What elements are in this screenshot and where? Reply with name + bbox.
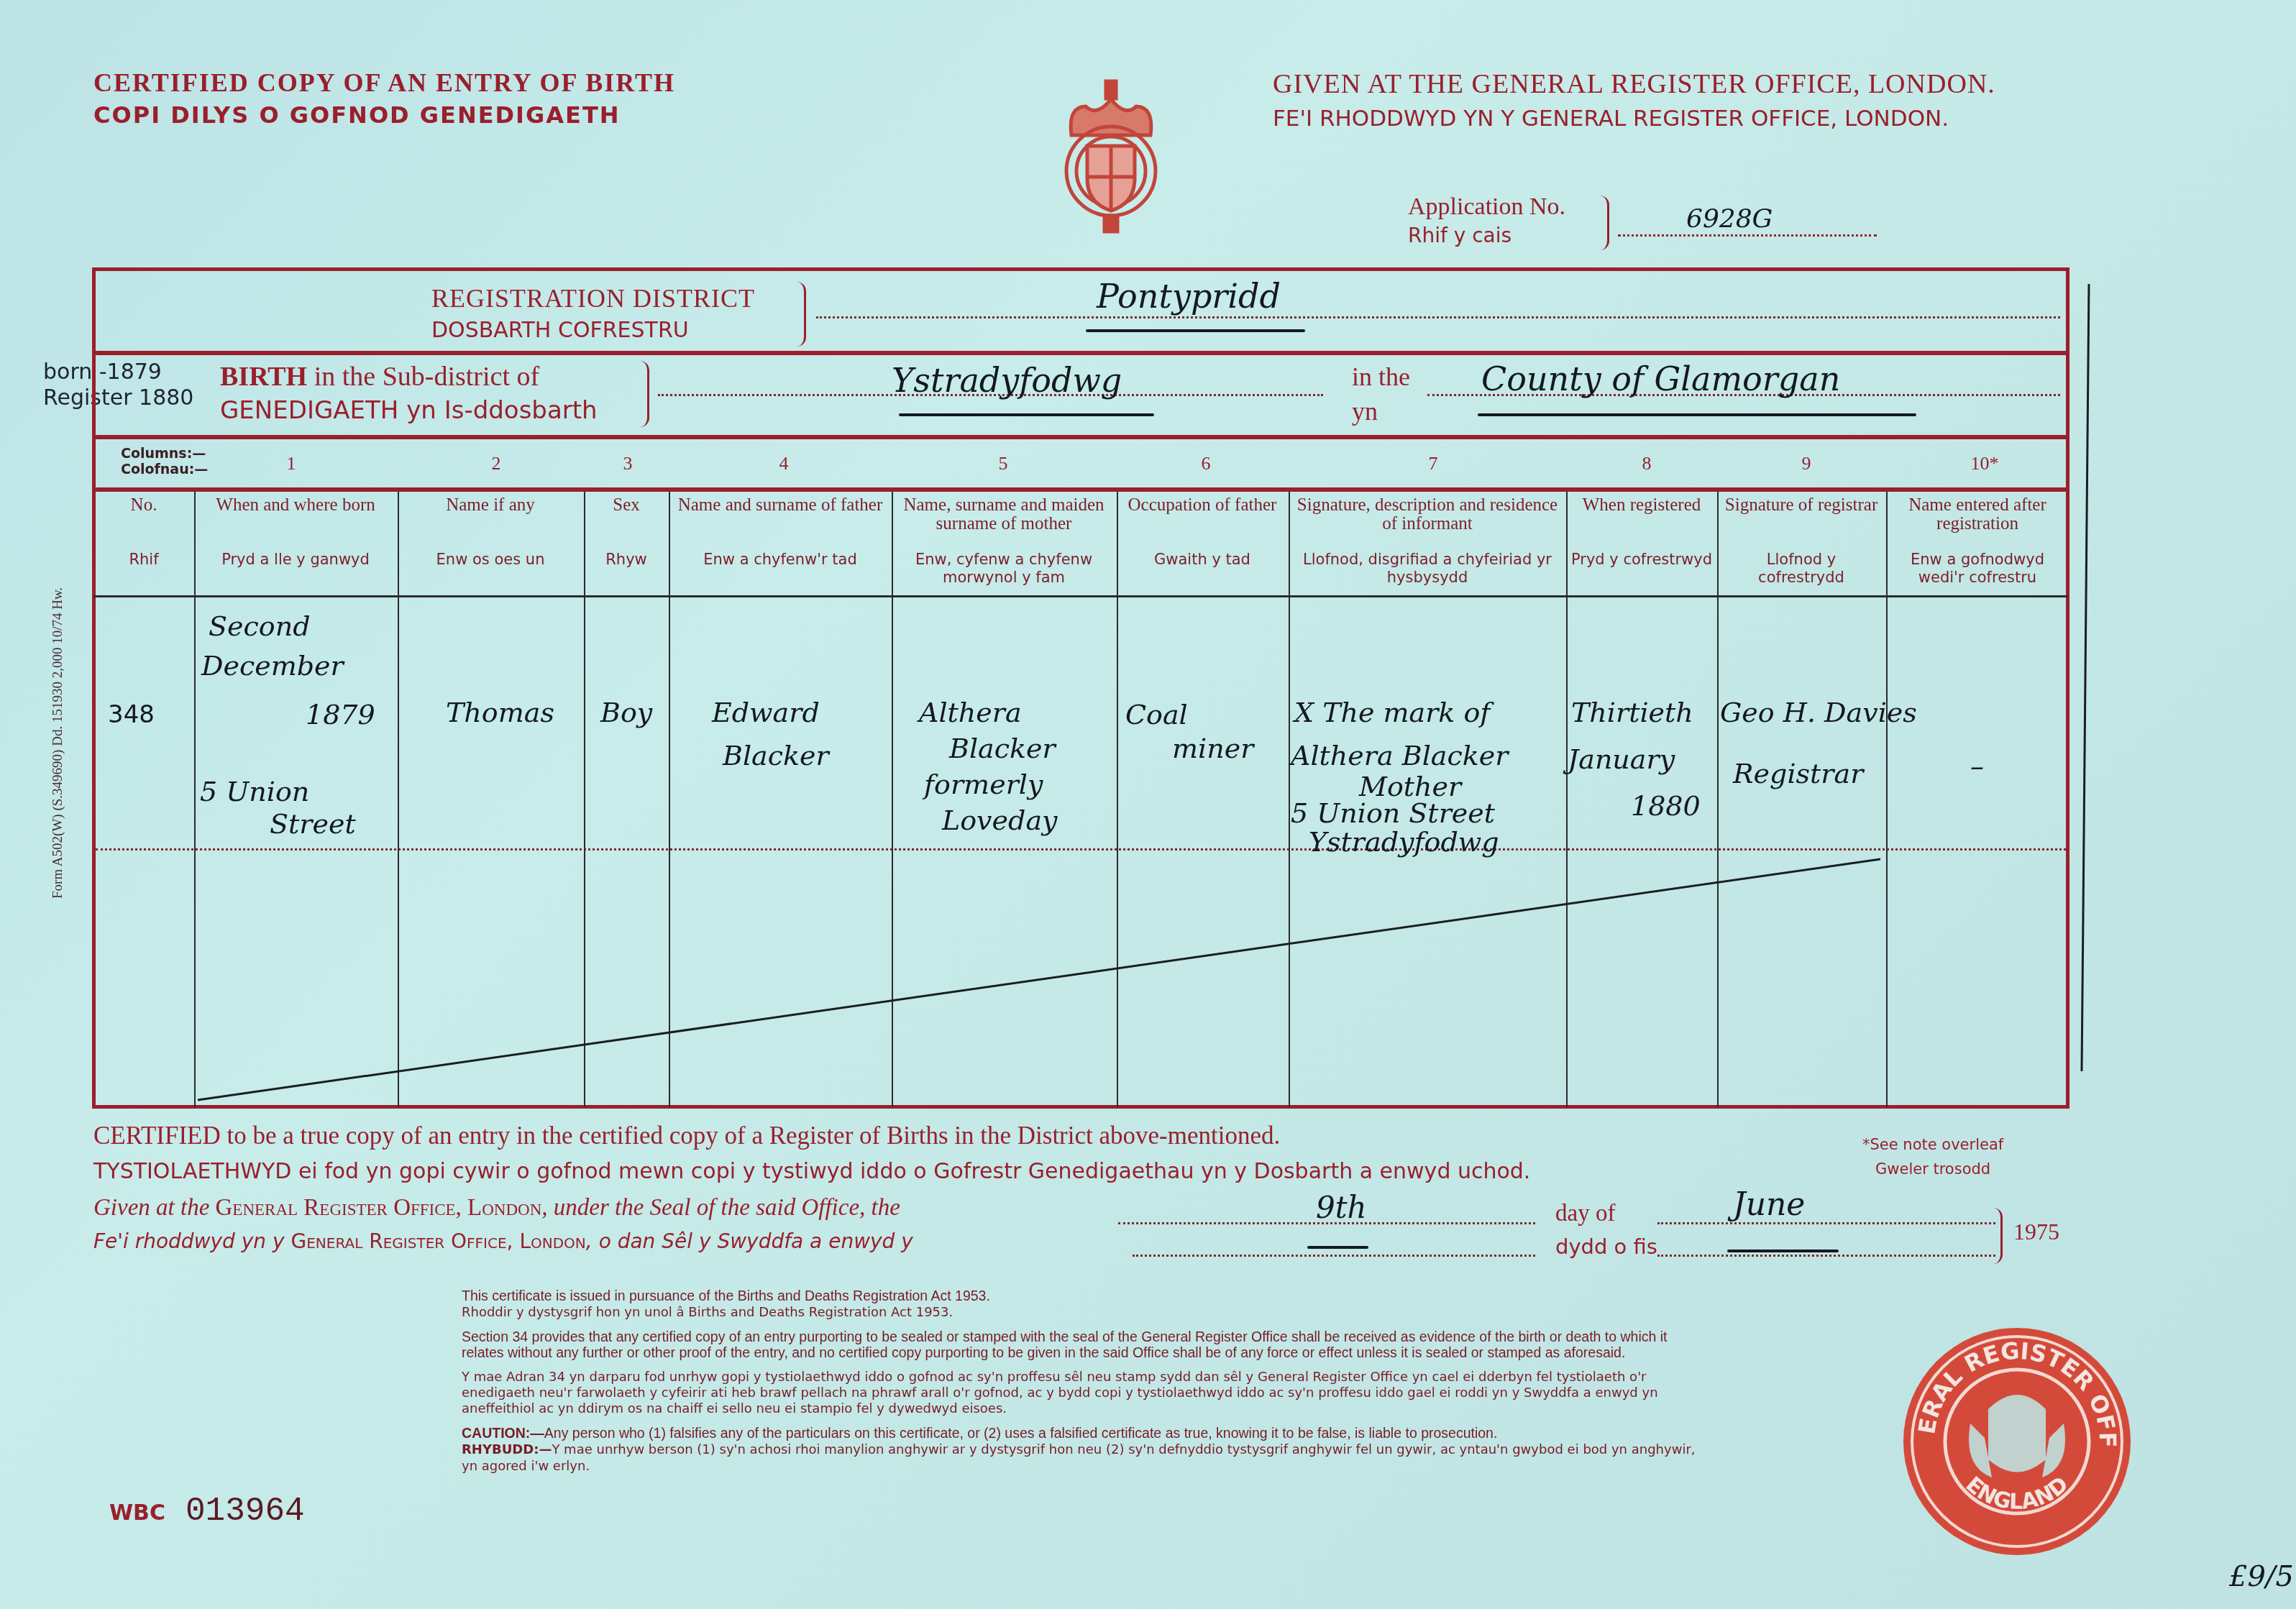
serial-number: 013964 [186, 1493, 305, 1530]
day-of-cy: dydd o fis [1555, 1230, 1657, 1263]
office-name: General Register Office, London [216, 1195, 542, 1221]
tystiolaethwyd-label: TYSTIOLAETHWYD [93, 1159, 291, 1184]
issue-day-value: 9th [1316, 1190, 1367, 1225]
brace [1993, 1208, 2003, 1264]
given-text-cy: Fe'i rhoddwyd yn y [93, 1229, 291, 1253]
see-note-overleaf: *See note overleaf Gweler trosodd [1862, 1132, 2003, 1181]
caution-label: CAUTION:— [462, 1426, 544, 1441]
day-of-label: day of dydd o fis [1555, 1197, 1657, 1263]
serial-prefix: WBC [109, 1500, 165, 1526]
issue-year-value: 1975 [2013, 1219, 2059, 1245]
day-of-en: day of [1555, 1197, 1657, 1230]
dotted-rule [1657, 1255, 1995, 1257]
act-notice-en: This certificate is issued in pursuance … [462, 1288, 990, 1304]
note-en: *See note overleaf [1862, 1132, 2003, 1157]
office-name-cy: General Register Office, London [291, 1229, 585, 1253]
rhybudd-label: RHYBUDD:— [462, 1442, 552, 1457]
certificate-serial: WBC013964 [109, 1493, 305, 1530]
certification-block: CERTIFIED to be a true copy of an entry … [93, 1118, 1530, 1257]
general-register-office-seal-icon: GENERAL REGISTER OFFICE ENGLAND [1898, 1323, 2136, 1560]
rhybudd-text: Y mae unrhyw berson (1) sy'n achosi rhoi… [462, 1442, 1696, 1474]
note-cy: Gweler trosodd [1862, 1157, 2003, 1181]
act-notice-cy: Rhoddir y dystysgrif hon yn unol â Birth… [462, 1305, 953, 1320]
issue-month-value: June [1733, 1186, 1805, 1223]
underline [1727, 1250, 1839, 1252]
certified-label: CERTIFIED [93, 1122, 221, 1150]
corner-handwritten-mark: £9/5 [2229, 1560, 2294, 1593]
given-text: Given at the [93, 1195, 216, 1221]
caution-text: Any person who (1) falsifies any of the … [544, 1426, 1498, 1441]
seal-text-cy: , o dan Sêl y Swyddfa a enwyd y [586, 1229, 913, 1253]
certified-text: to be a true copy of an entry in the cer… [221, 1122, 1280, 1150]
dotted-rule [1133, 1255, 1535, 1257]
seal-text: , under the Seal of the said Office, the [541, 1195, 900, 1221]
section-34-en: Section 34 provides that any certified c… [462, 1329, 1706, 1361]
underline [1307, 1246, 1368, 1249]
legal-notice: This certificate is issued in pursuance … [462, 1288, 1706, 1483]
tystiolaethwyd-text: ei fod yn gopi cywir o gofnod mewn copi … [291, 1159, 1530, 1184]
dotted-rule [1657, 1222, 1995, 1224]
section-34-cy: Y mae Adran 34 yn darparu fod unrhyw gop… [462, 1370, 1706, 1417]
